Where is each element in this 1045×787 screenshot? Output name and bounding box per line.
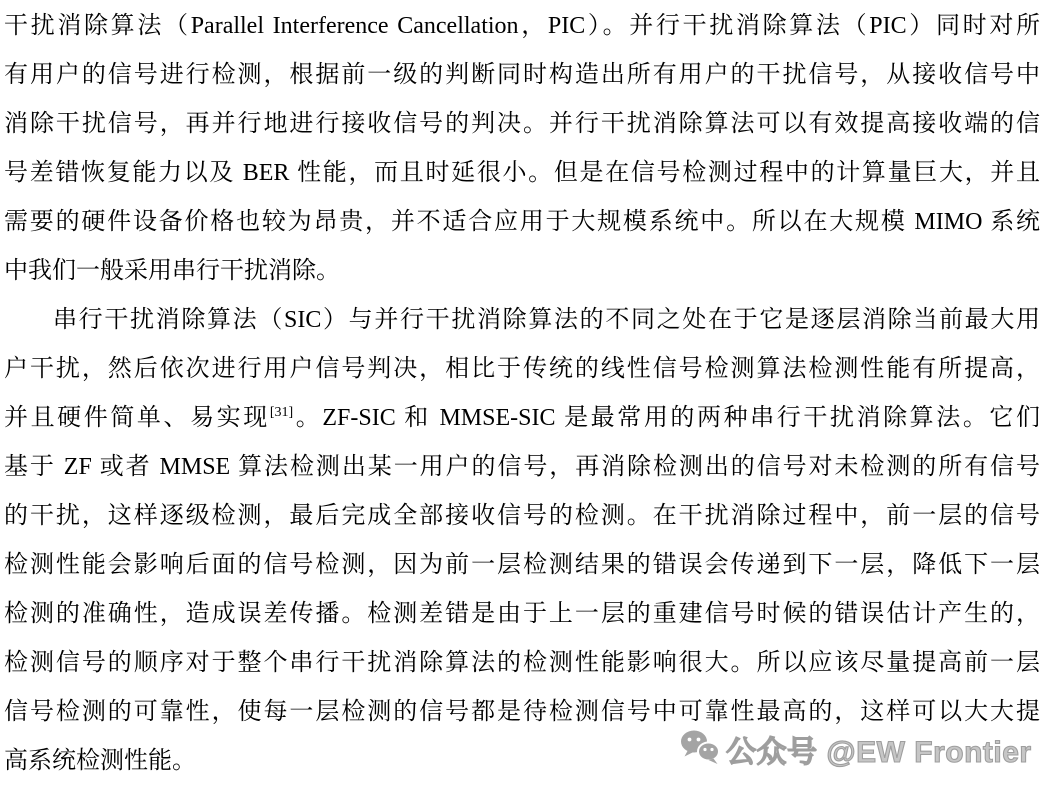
text-line: 并且硬件简单、易实现[31]。ZF-SIC 和 MMSE-SIC 是最常用的两种… <box>4 394 1040 443</box>
wechat-icon <box>680 729 720 770</box>
text-line: 干扰消除算法（Parallel Interference Cancellatio… <box>4 2 1040 51</box>
text-line: 串行干扰消除算法（SIC）与并行干扰消除算法的不同之处在于它是逐层消除当前最大用 <box>4 296 1040 345</box>
text-line: 号差错恢复能力以及 BER 性能，而且时延很小。但是在信号检测过程中的计算量巨大… <box>4 149 1040 198</box>
watermark-text: 公众号 @EW Frontier <box>726 727 1032 771</box>
text-line: 的干扰，这样逐级检测，最后完成全部接收信号的检测。在干扰消除过程中，前一层的信号 <box>4 492 1040 541</box>
text-line: 消除干扰信号，再并行地进行接收信号的判决。并行干扰消除算法可以有效提高接收端的信 <box>4 100 1040 149</box>
text-line: 中我们一般采用串行干扰消除。 <box>4 247 1040 296</box>
citation-ref-31: [31] <box>270 405 293 420</box>
text-line: 检测的准确性，造成误差传播。检测差错是由于上一层的重建信号时候的错误估计产生的， <box>4 590 1040 639</box>
paragraph-sic: 串行干扰消除算法（SIC）与并行干扰消除算法的不同之处在于它是逐层消除当前最大用… <box>4 296 1040 786</box>
paragraph-pic: 干扰消除算法（Parallel Interference Cancellatio… <box>4 2 1040 296</box>
text-line: 检测信号的顺序对于整个串行干扰消除算法的检测性能影响很大。所以应该尽量提高前一层 <box>4 639 1040 688</box>
text-line: 户干扰，然后依次进行用户信号判决，相比于传统的线性信号检测算法检测性能有所提高， <box>4 345 1040 394</box>
watermark: 公众号 @EW Frontier <box>680 727 1032 771</box>
text-line: 需要的硬件设备价格也较为昂贵，并不适合应用于大规模系统中。所以在大规模 MIMO… <box>4 198 1040 247</box>
text-line: 有用户的信号进行检测，根据前一级的判断同时构造出所有用户的干扰信号，从接收信号中 <box>4 51 1040 100</box>
text-segment: 。ZF-SIC 和 MMSE-SIC 是最常用的两种串行干扰消除算法。它们 <box>293 405 1040 431</box>
document-body: 干扰消除算法（Parallel Interference Cancellatio… <box>0 0 1045 786</box>
text-segment: 并且硬件简单、易实现 <box>4 405 270 431</box>
text-line: 基于 ZF 或者 MMSE 算法检测出某一用户的信号，再消除检测出的信号对未检测… <box>4 443 1040 492</box>
text-line: 检测性能会影响后面的信号检测，因为前一层检测结果的错误会传递到下一层，降低下一层 <box>4 541 1040 590</box>
